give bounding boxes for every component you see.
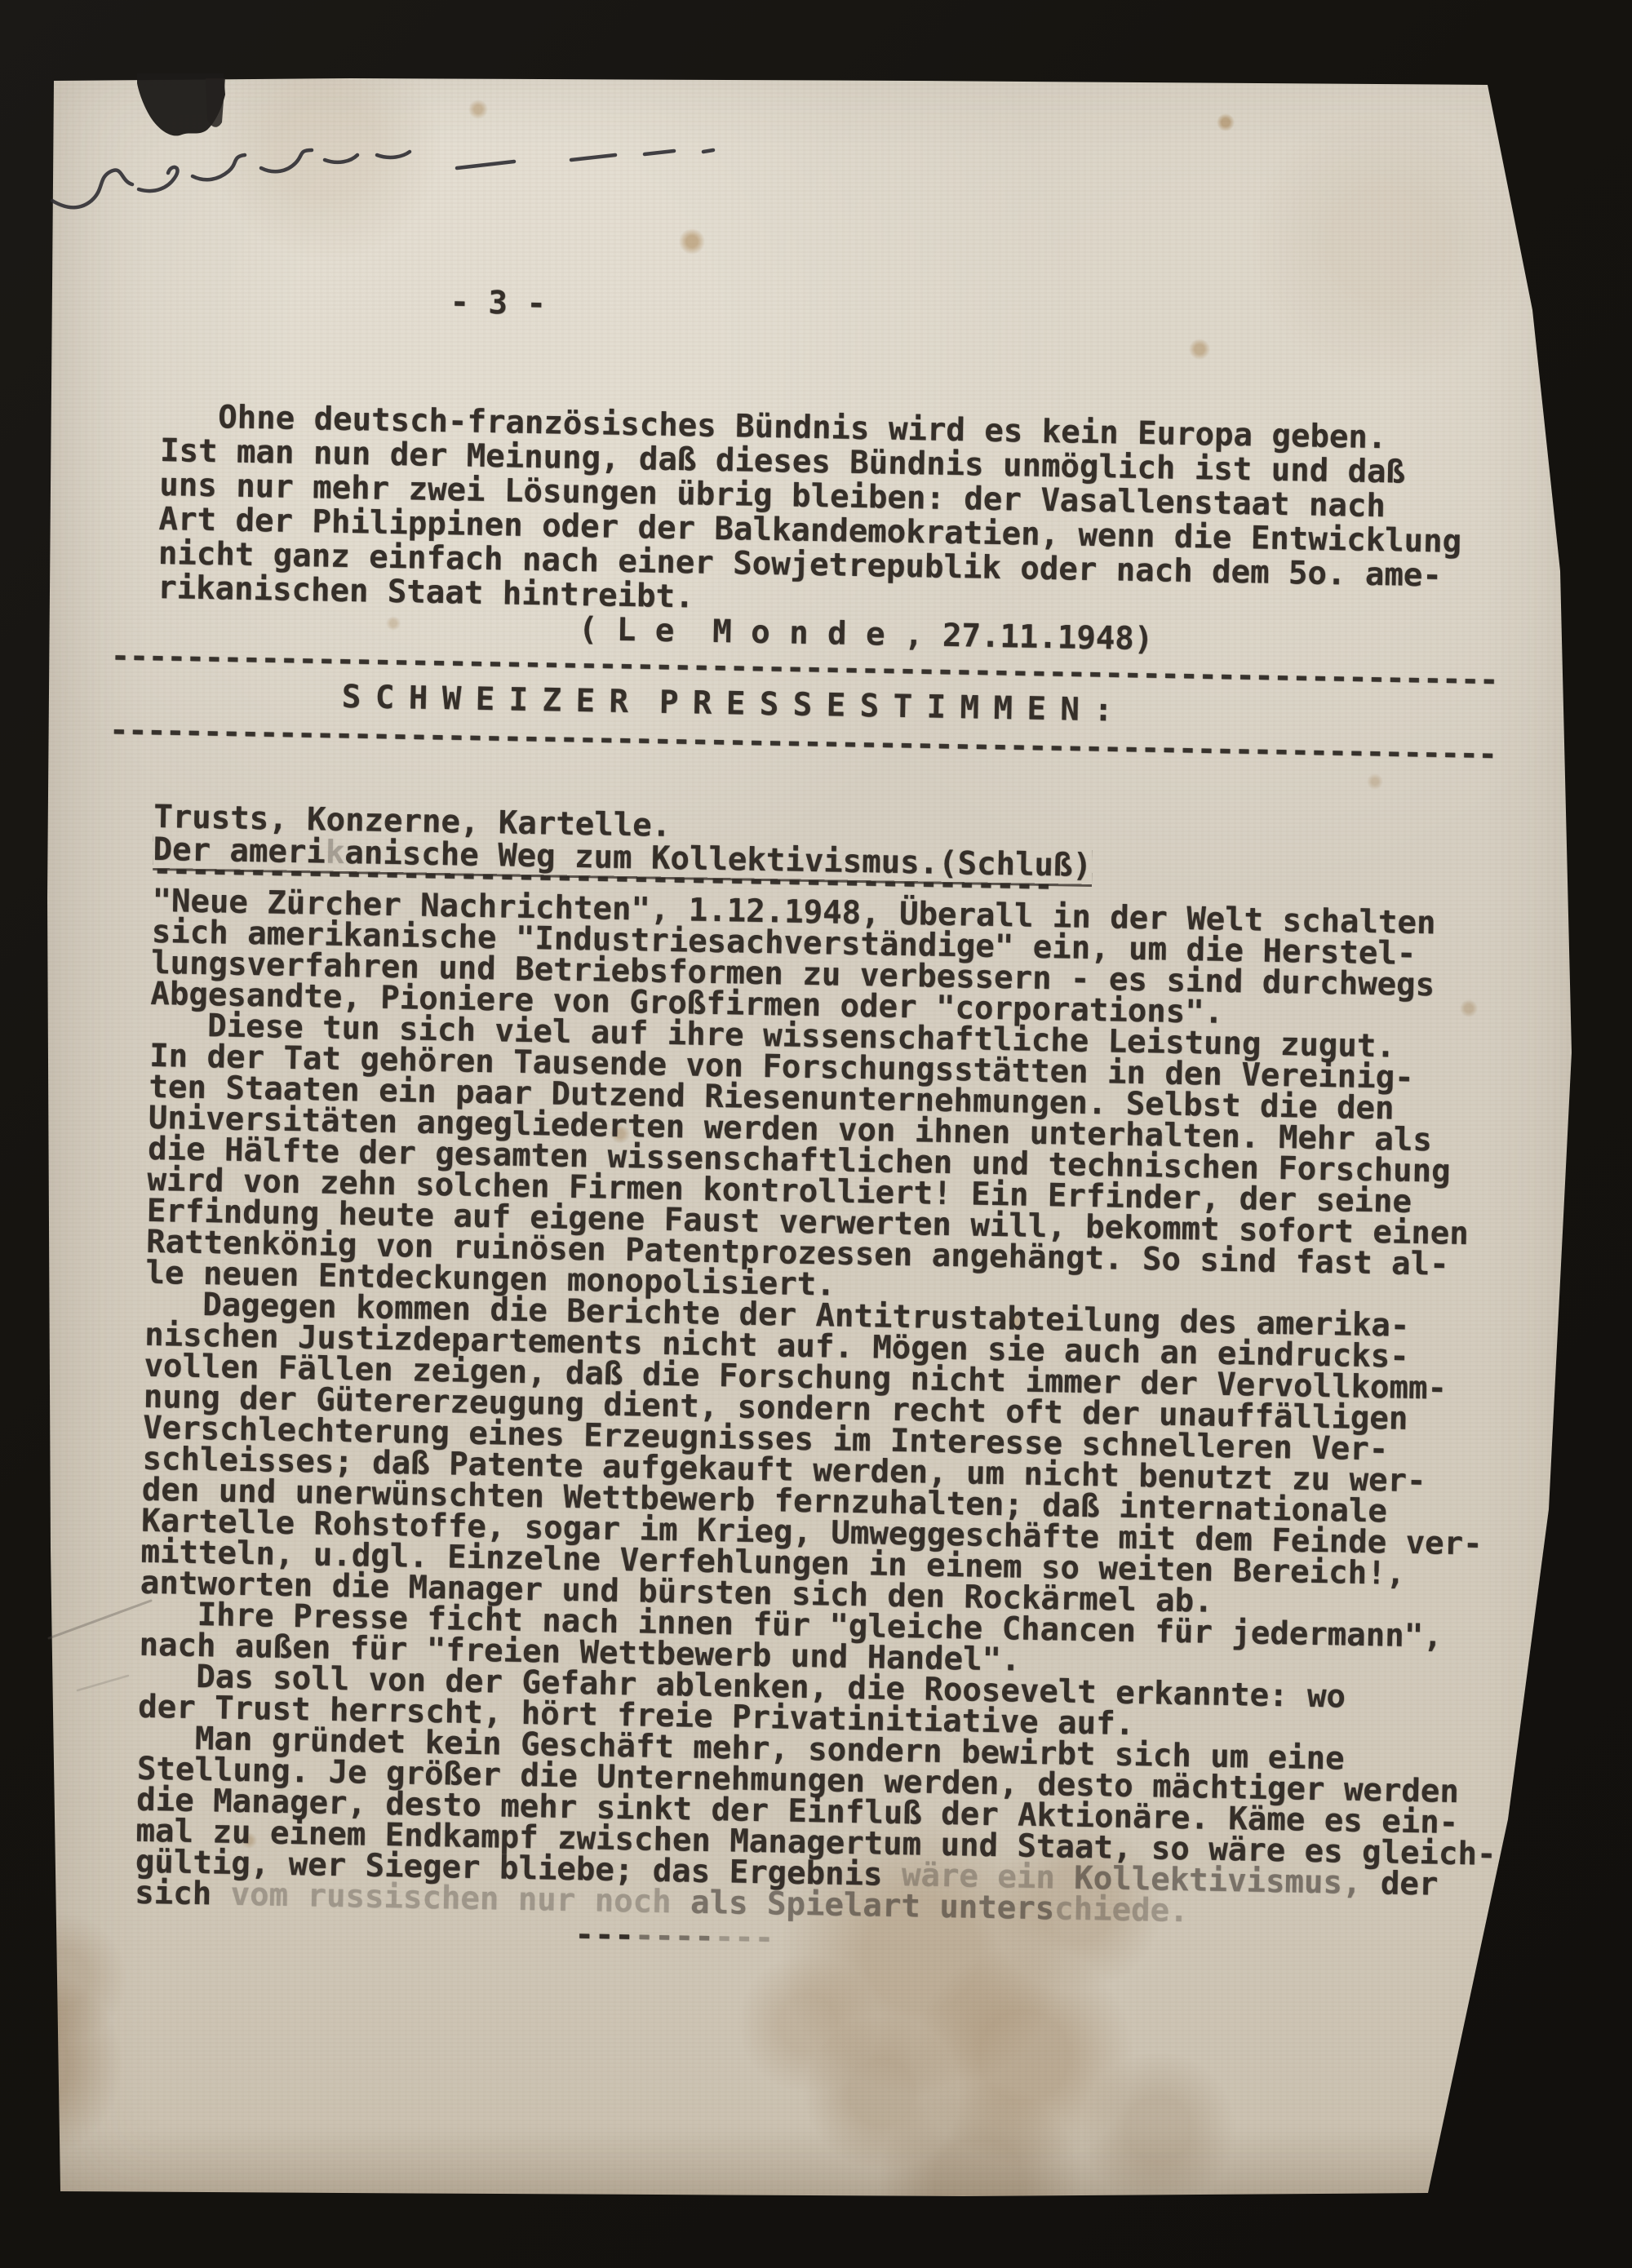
pen-scribble-mark [52, 150, 713, 207]
scanned-document-page: { "page": { "number_line": " - 3 -", "qu… [0, 0, 1632, 2268]
page-number: - 3 - [162, 281, 546, 321]
le-monde-quote-paragraph: Ohne deutsch-französisches Bündnis wird … [157, 400, 1464, 628]
typewritten-text-layer: - 3 - Ohne deutsch-französisches Bündnis… [132, 269, 1567, 2089]
ink-blob-drip [206, 78, 225, 127]
article-body: "Neue Zürcher Nachrichten", 1.12.1948, Ü… [135, 886, 1513, 1933]
pencil-mark [49, 1601, 151, 1690]
footer-dash-mark: ---------- [574, 1918, 775, 1956]
